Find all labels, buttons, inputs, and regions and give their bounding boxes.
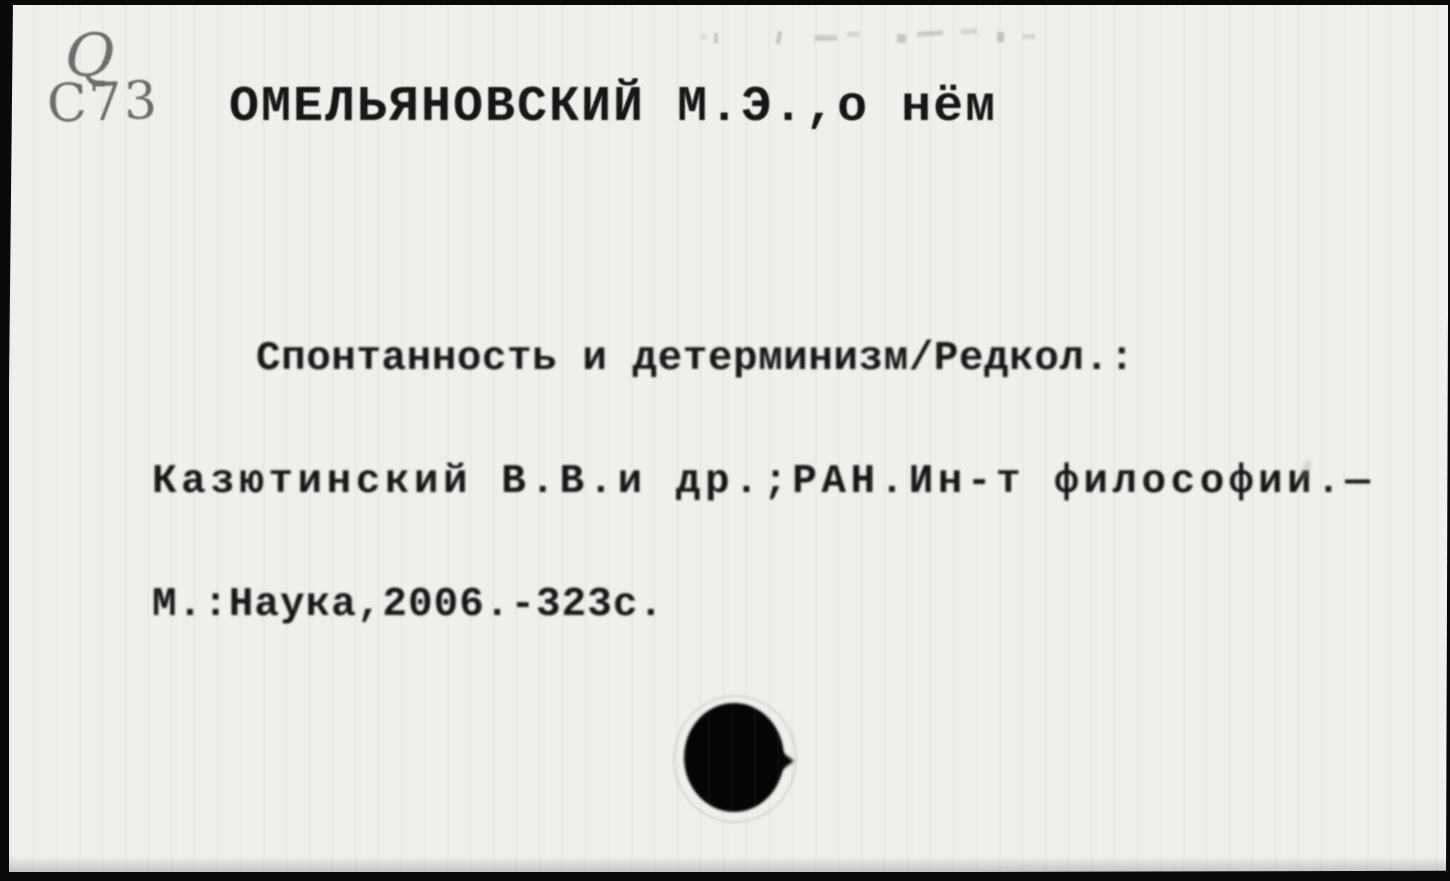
scan-artifact	[961, 29, 977, 34]
punch-hole-dot-nub	[775, 747, 794, 775]
scan-edge-top	[0, 0, 1450, 5]
scan-artifact	[1023, 34, 1035, 39]
scan-artifact	[714, 33, 718, 43]
call-number-cutter: С73	[46, 71, 160, 135]
bib-title-line: Спонтанность и детерминизм/Редкол.:	[152, 339, 1374, 380]
scan-artifact	[776, 31, 782, 44]
bib-imprint-line: М.:Наука,2006.-323с.	[152, 585, 1374, 626]
scan-artifact	[701, 35, 707, 39]
scanned-catalog-card-page: Q С73 ОМЕЛЬЯНОВСКИЙ М.Э.,о нём Спонтанно…	[0, 0, 1450, 881]
scan-artifact	[917, 30, 943, 37]
card-bottom-shadow	[9, 856, 1448, 872]
scan-artifact	[997, 32, 1004, 42]
scan-artifact	[815, 35, 837, 41]
punch-hole-dot-icon	[684, 703, 784, 812]
bib-editors-line: Казютинский В.В.и др.;РАН.Ин-т философии…	[152, 462, 1374, 503]
bibliographic-entry: Спонтанность и детерминизм/Редкол.: Казю…	[152, 257, 1374, 708]
scan-artifact	[897, 34, 906, 43]
catalog-card: Q С73 ОМЕЛЬЯНОВСКИЙ М.Э.,о нём Спонтанно…	[9, 5, 1448, 872]
card-heading-author: ОМЕЛЬЯНОВСКИЙ М.Э.,о нём	[229, 79, 997, 136]
scan-artifact	[847, 32, 859, 37]
